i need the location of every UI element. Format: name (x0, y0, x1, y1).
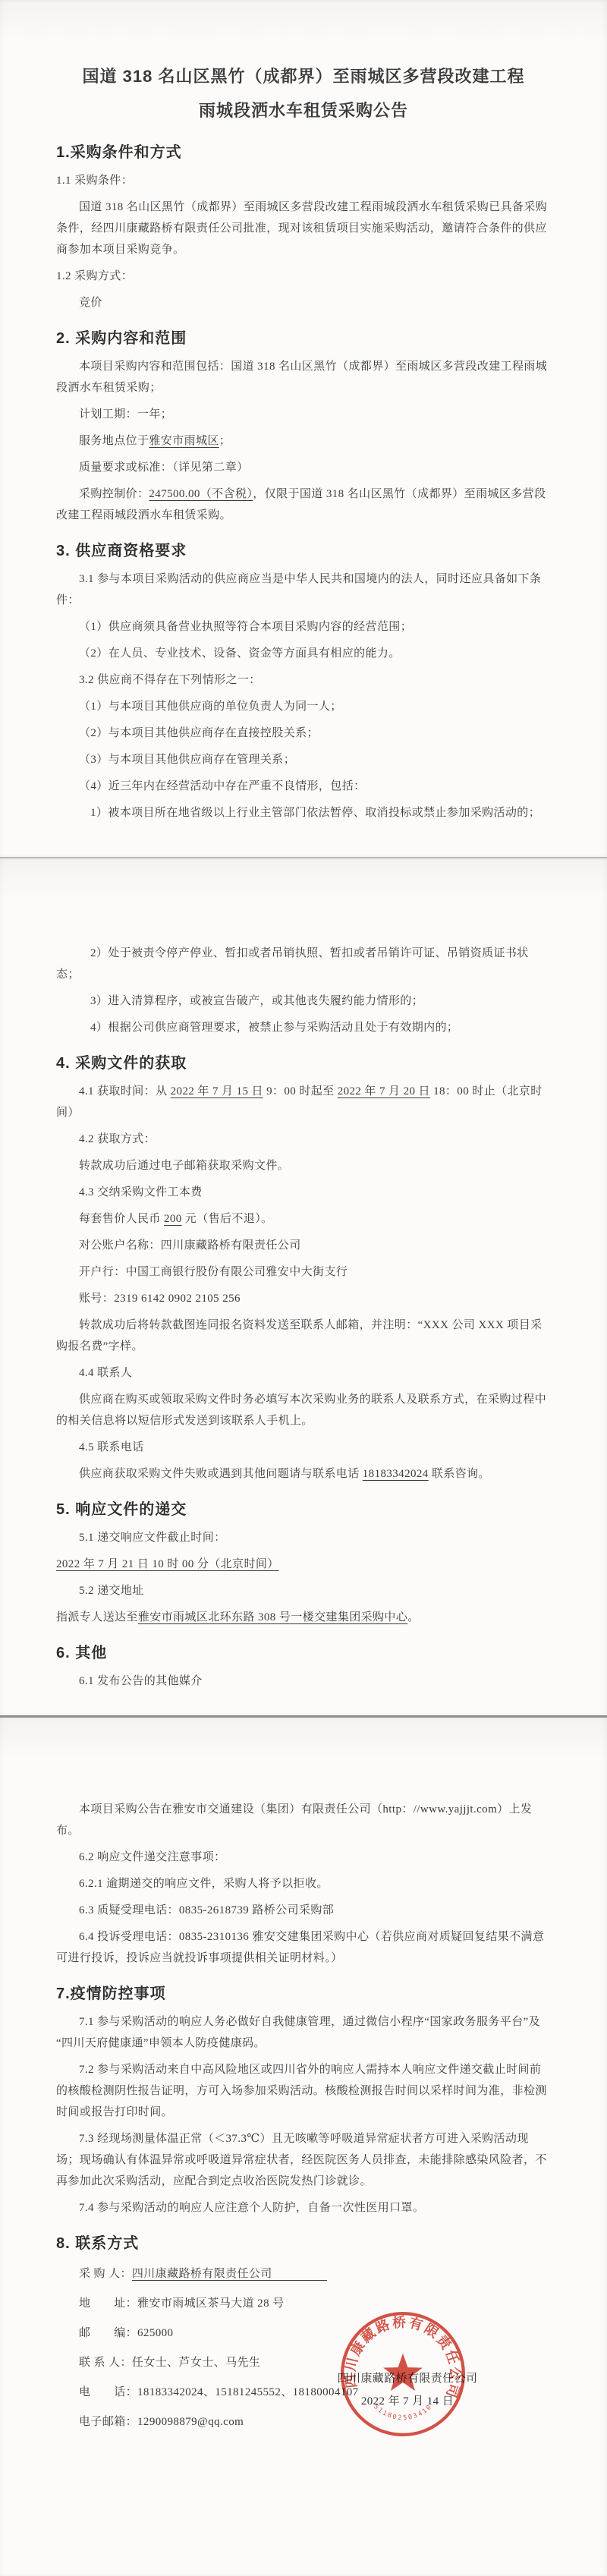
scanned-document: 国道 318 名山区黑竹（成都界）至雨城区多营段改建工程 雨城段洒水车租赁采购公… (0, 0, 607, 2576)
document-fee: 每套售价人民币 200 元（售后不退）。 (56, 1208, 551, 1230)
account-number: 账号：2319 6142 0902 2105 256 (56, 1288, 551, 1309)
clause-3-1-item-1: （1）供应商须具备营业执照等符合本项目采购内容的经营范围； (56, 616, 551, 638)
obtain-time-to-date: 2022 年 7 月 20 日 (338, 1085, 430, 1097)
clause-4-3-label: 4.3 交纳采购文件工本费 (56, 1182, 551, 1203)
help-phone-line: 供应商获取采购文件失败或遇到其他问题请与联系电话 18183342024 联系咨… (56, 1463, 551, 1485)
clause-3-2-item-4-sub-2: 2）处于被责令停产停业、暂扣或者吊销执照、暂扣或者吊销许可证、吊销资质证书状态； (56, 943, 551, 985)
clause-3-2-item-4-sub-1: 1）被本项目所在地省级以上行业主管部门依法暂停、取消投标或禁止参加采购活动的； (56, 802, 551, 824)
submission-address-underlined: 雅安市雨城区北环东路 308 号一楼交建集团采购中心 (138, 1611, 407, 1623)
help-phone-suffix: 联系咨询。 (429, 1468, 490, 1480)
page-1: 国道 318 名山区黑竹（成都界）至雨城区多营段改建工程 雨城段洒水车租赁采购公… (0, 0, 607, 858)
clause-6-1-label: 6.1 发布公告的其他媒介 (56, 1671, 551, 1692)
help-phone-prefix: 供应商获取采购文件失败或遇到其他问题请与联系电话 (79, 1468, 363, 1480)
obtain-time-from-date: 2022 年 7 月 15 日 (171, 1085, 263, 1097)
contact-buyer-row: 采 购 人：四川康藏路桥有限责任公司 (56, 2263, 551, 2285)
section-2-heading: 2. 采购内容和范围 (56, 327, 551, 350)
clause-7-3: 7.3 经现场测量体温正常（＜37.3℃）且无咳嗽等呼吸道异常症状者方可进入采购… (56, 2128, 551, 2192)
clause-7-2: 7.2 参与采购活动来自中高风险地区或四川省外的响应人需持本人响应文件递交截止时… (56, 2059, 551, 2123)
page-3: 本项目采购公告在雅安市交通建设（集团）有限责任公司（http：//www.yaj… (0, 1718, 607, 2576)
section-4-heading: 4. 采购文件的获取 (56, 1052, 551, 1075)
contact-email-label: 电子邮箱： (79, 2416, 137, 2428)
clause-4-5-label: 4.5 联系电话 (56, 1437, 551, 1458)
clause-7-4: 7.4 参与采购活动的响应人应注意个人防护，自备一次性医用口罩。 (56, 2197, 551, 2219)
clause-3-2-item-4-sub-4: 4）根据公司供应商管理要求，被禁止参与采购活动且处于有效期内的； (56, 1017, 551, 1038)
document-title-line-2: 雨城段洒水车租赁采购公告 (56, 93, 551, 128)
fee-amount-underlined: 200 (164, 1213, 182, 1225)
section-5-heading: 5. 响应文件的递交 (56, 1498, 551, 1521)
contact-email-row: 电子邮箱：1290098879@qq.com (56, 2411, 551, 2433)
submission-address-prefix: 指派专人送达至 (56, 1611, 138, 1623)
control-price-prefix: 采购控制价： (79, 488, 149, 500)
clause-3-2-item-1: （1）与本项目其他供应商的单位负责人为同一人； (56, 696, 551, 717)
control-price-underlined: 247500.00（不含税） (149, 488, 253, 500)
submission-address: 指派专人送达至雅安市雨城区北环东路 308 号一楼交建集团采购中心。 (56, 1607, 551, 1628)
clause-1-1-body: 国道 318 名山区黑竹（成都界）至雨城区多营段改建工程雨城段洒水车租赁采购已具… (56, 197, 551, 260)
clause-3-1: 3.1 参与本项目采购活动的供应商应当是中华人民共和国境内的法人，同时还应具备如… (56, 568, 551, 611)
section-3-heading: 3. 供应商资格要求 (56, 540, 551, 562)
contact-address-label: 地 址： (79, 2297, 137, 2310)
obtain-time-mid: 9：00 时起至 (263, 1085, 338, 1097)
clause-4-2-label: 4.2 获取方式： (56, 1129, 551, 1150)
planned-duration: 计划工期：一年； (56, 404, 551, 425)
contact-zip-label: 邮 编： (79, 2327, 137, 2339)
fee-prefix: 每套售价人民币 (79, 1213, 164, 1225)
clause-3-2-item-3: （3）与本项目其他供应商存在管理关系； (56, 749, 551, 770)
quality-requirement: 质量要求或标准：（详见第二章） (56, 457, 551, 478)
clause-4-2-body: 转款成功后通过电子邮箱获取采购文件。 (56, 1155, 551, 1176)
clause-5-2-label: 5.2 递交地址 (56, 1580, 551, 1601)
fee-suffix: 元（售后不退）。 (182, 1213, 273, 1225)
contact-zip-row: 邮 编：625000 (56, 2322, 551, 2344)
contact-person-value: 任女士、芦女士、马先生 (132, 2357, 260, 2369)
submission-address-suffix: 。 (407, 1611, 419, 1623)
clause-4-4-body: 供应商在购买或领取采购文件时务必填写本次采购业务的联系人及联系方式，在采购过程中… (56, 1389, 551, 1431)
section-6-heading: 6. 其他 (56, 1642, 551, 1664)
clause-3-2-item-4-sub-3: 3）进入清算程序，或被宣告破产，或其他丧失履约能力情形的； (56, 990, 551, 1012)
section-7-heading: 7.疫情防控事项 (56, 1982, 551, 2005)
corporate-account-name: 对公账户名称：四川康藏路桥有限责任公司 (56, 1235, 551, 1256)
contact-phone-label: 电 话： (79, 2386, 137, 2398)
transfer-note: 转款成功后将转款截图连同报名资料发送至联系人邮箱，并注明：“XXX 公司 XXX… (56, 1315, 551, 1357)
procurement-method-value: 竞价 (56, 292, 551, 313)
contact-address-row: 地 址：雅安市雨城区茶马大道 28 号 (56, 2293, 551, 2314)
clause-7-1: 7.1 参与采购活动的响应人务必做好自我健康管理，通过微信小程序“国家政务服务平… (56, 2011, 551, 2054)
clause-6-4-complaint-phone: 6.4 投诉受理电话：0835-2310136 雅安交建集团采购中心（若供应商对… (56, 1926, 551, 1969)
contact-phone-value: 18183342024、15181245552、18180004107 (137, 2386, 359, 2398)
clause-1-1-label: 1.1 采购条件： (56, 170, 551, 191)
contact-person-label: 联 系 人： (79, 2357, 132, 2369)
section-8-heading: 8. 联系方式 (56, 2232, 551, 2255)
section-1-heading: 1.采购条件和方式 (56, 141, 551, 164)
page-2: 2）处于被责令停产停业、暂扣或者吊销执照、暂扣或者吊销许可证、吊销资质证书状态；… (0, 858, 607, 1718)
service-location-suffix: ； (219, 435, 231, 447)
obtain-time-prefix: 4.1 获取时间：从 (79, 1085, 171, 1097)
clause-3-2-item-4: （4）近三年内在经营活动中存在严重不良情形，包括： (56, 776, 551, 797)
document-title-line-1: 国道 318 名山区黑竹（成都界）至雨城区多营段改建工程 (56, 59, 551, 93)
clause-1-2-label: 1.2 采购方式： (56, 266, 551, 287)
company-seal: 四川康藏路桥有限责任公司 5118025034105 (338, 2310, 467, 2439)
help-phone-number: 18183342024 (363, 1468, 429, 1480)
contact-zip-value: 625000 (137, 2327, 173, 2339)
bank-name: 开户行：中国工商银行股份有限公司雅安中大街支行 (56, 1261, 551, 1283)
service-location-prefix: 服务地点位于 (79, 435, 149, 447)
clause-6-2-1: 6.2.1 逾期递交的响应文件，采购人将予以拒收。 (56, 1873, 551, 1894)
contact-buyer-label: 采 购 人： (79, 2268, 132, 2280)
clause-3-2-item-2: （2）与本项目其他供应商存在直接控股关系； (56, 723, 551, 744)
scope-intro: 本项目采购内容和范围包括：国道 318 名山区黑竹（成都界）至雨城区多营段改建工… (56, 356, 551, 398)
clause-6-1-body: 本项目采购公告在雅安市交通建设（集团）有限责任公司（http：//www.yaj… (56, 1799, 551, 1841)
clause-6-2-label: 6.2 响应文件递交注意事项： (56, 1847, 551, 1868)
contact-address-value: 雅安市雨城区茶马大道 28 号 (137, 2297, 285, 2310)
submission-deadline: 2022 年 7 月 21 日 10 时 00 分（北京时间） (56, 1554, 551, 1575)
clause-6-3-query-phone: 6.3 质疑受理电话：0835-2618739 路桥公司采购部 (56, 1900, 551, 1921)
submission-deadline-underlined: 2022 年 7 月 21 日 10 时 00 分（北京时间） (56, 1558, 279, 1570)
seal-star-icon (383, 2354, 423, 2391)
control-price: 采购控制价：247500.00（不含税），仅限于国道 318 名山区黑竹（成都界… (56, 483, 551, 526)
clause-4-4-label: 4.4 联系人 (56, 1362, 551, 1384)
clause-4-1-obtain-time: 4.1 获取时间：从 2022 年 7 月 15 日 9：00 时起至 2022… (56, 1081, 551, 1123)
clause-5-1-label: 5.1 递交响应文件截止时间： (56, 1527, 551, 1548)
contact-email-value: 1290098879@qq.com (137, 2416, 244, 2428)
clause-3-2: 3.2 供应商不得存在下列情形之一： (56, 669, 551, 691)
service-location-underlined: 雅安市雨城区 (149, 435, 219, 447)
clause-3-1-item-2: （2）在人员、专业技术、设备、资金等方面具有相应的能力。 (56, 643, 551, 664)
service-location: 服务地点位于雅安市雨城区； (56, 430, 551, 452)
contact-buyer-value: 四川康藏路桥有限责任公司 (132, 2268, 327, 2281)
